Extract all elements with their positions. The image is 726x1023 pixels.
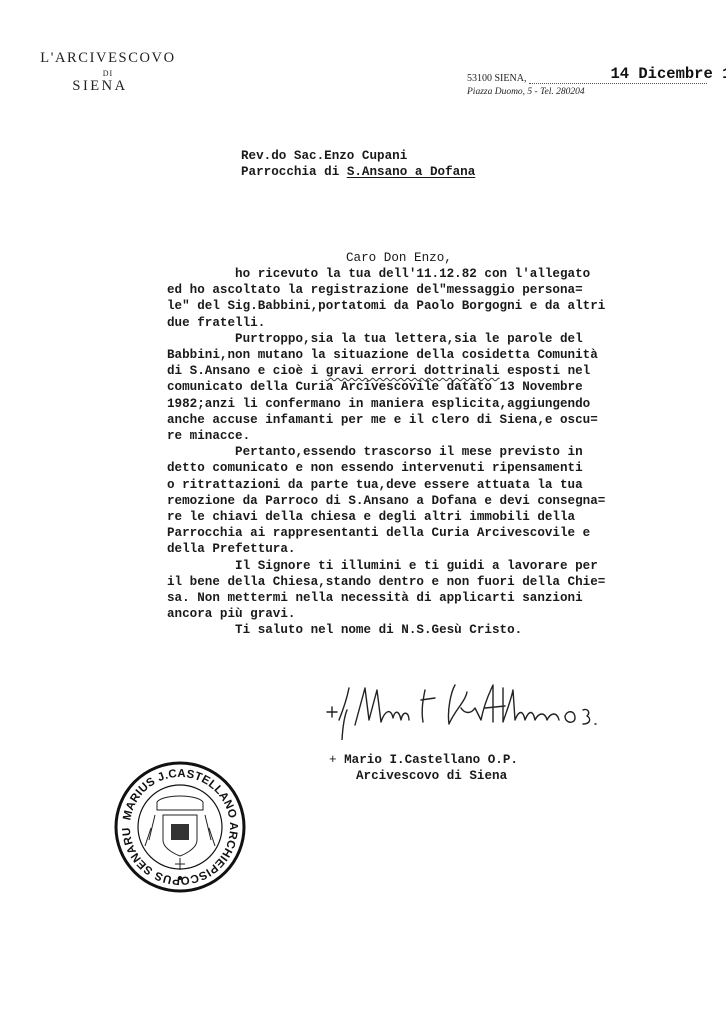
body-line: detto comunicato e non essendo intervenu… bbox=[167, 460, 605, 476]
salutation: Caro Don Enzo, bbox=[346, 250, 452, 266]
signer-name: Mario I.Castellano O.P. bbox=[344, 753, 518, 767]
city-label: 53100 SIENA, bbox=[467, 73, 526, 84]
emphasized-phrase: gravi errori dottrinali bbox=[326, 364, 500, 378]
letterhead-di: DI bbox=[38, 69, 178, 78]
body-line: sa. Non mettermi nella necessità di appl… bbox=[167, 590, 605, 606]
body-line: di S.Ansano e cioè i gravi errori dottri… bbox=[167, 363, 605, 379]
parish-name: S.Ansano a Dofana bbox=[347, 165, 475, 179]
body-line: il bene della Chiesa,stando dentro e non… bbox=[167, 574, 605, 590]
body-line: comunicato della Curia Arcivescovile dat… bbox=[167, 379, 605, 395]
signer-title: Arcivescovo di Siena bbox=[329, 768, 518, 784]
body-line: o ritrattazioni da parte tua,deve essere… bbox=[167, 477, 605, 493]
body-line: le" del Sig.Babbini,portatomi da Paolo B… bbox=[167, 298, 605, 314]
handwritten-signature bbox=[325, 680, 615, 740]
letterhead-city: SIENA bbox=[30, 78, 170, 95]
body-line: due fratelli. bbox=[167, 315, 605, 331]
date-dotted-line: 14 Dicembre 1982 bbox=[529, 73, 707, 84]
body-line: remozione da Parroco di S.Ansano a Dofan… bbox=[167, 493, 605, 509]
body-line: Purtroppo,sia la tua lettera,sia le paro… bbox=[167, 331, 605, 347]
recipient-parish: Parrocchia di S.Ansano a Dofana bbox=[241, 164, 475, 180]
body-line: ho ricevuto la tua dell'11.12.82 con l'a… bbox=[167, 266, 605, 282]
body-line: Parrocchia ai rappresentanti della Curia… bbox=[167, 525, 605, 541]
recipient-block: Rev.do Sac.Enzo CupaniParrocchia di S.An… bbox=[241, 148, 475, 180]
letterhead-address: Piazza Duomo, 5 - Tel. 280204 bbox=[467, 87, 707, 97]
body-line: 1982;anzi li confermano in maniera espli… bbox=[167, 396, 605, 412]
body-line: Pertanto,essendo trascorso il mese previ… bbox=[167, 444, 605, 460]
body-line: ancora più gravi. bbox=[167, 606, 605, 622]
body-line: Il Signore ti illumini e ti guidi a lavo… bbox=[167, 558, 605, 574]
body-line: Babbini,non mutano la situazione della c… bbox=[167, 347, 605, 363]
body-line: ed ho ascoltato la registrazione del"mes… bbox=[167, 282, 605, 298]
signer-block: + Mario I.Castellano O.P.Arcivescovo di … bbox=[329, 752, 518, 784]
archbishop-seal-stamp: MARIUS J.CASTELLANO ARCHIEPISCOPUS SENAR… bbox=[113, 760, 247, 894]
body-line: re le chiavi della chiesa e degli altri … bbox=[167, 509, 605, 525]
body-line: re minacce. bbox=[167, 428, 605, 444]
recipient-name: Rev.do Sac.Enzo Cupani bbox=[241, 148, 475, 164]
letterhead: L'ARCIVESCOVO DI SIENA bbox=[38, 50, 178, 95]
letter-body: ho ricevuto la tua dell'11.12.82 con l'a… bbox=[167, 266, 605, 639]
dateline: 53100 SIENA, 14 Dicembre 1982 Piazza Duo… bbox=[467, 73, 707, 97]
body-line: anche accuse infamanti per me e il clero… bbox=[167, 412, 605, 428]
episcopal-cross: + bbox=[329, 753, 337, 767]
body-line: Ti saluto nel nome di N.S.Gesù Cristo. bbox=[167, 622, 605, 638]
letterhead-title: L'ARCIVESCOVO bbox=[38, 50, 178, 67]
body-line: della Prefettura. bbox=[167, 541, 605, 557]
letter-date: 14 Dicembre 1982 bbox=[610, 65, 726, 83]
